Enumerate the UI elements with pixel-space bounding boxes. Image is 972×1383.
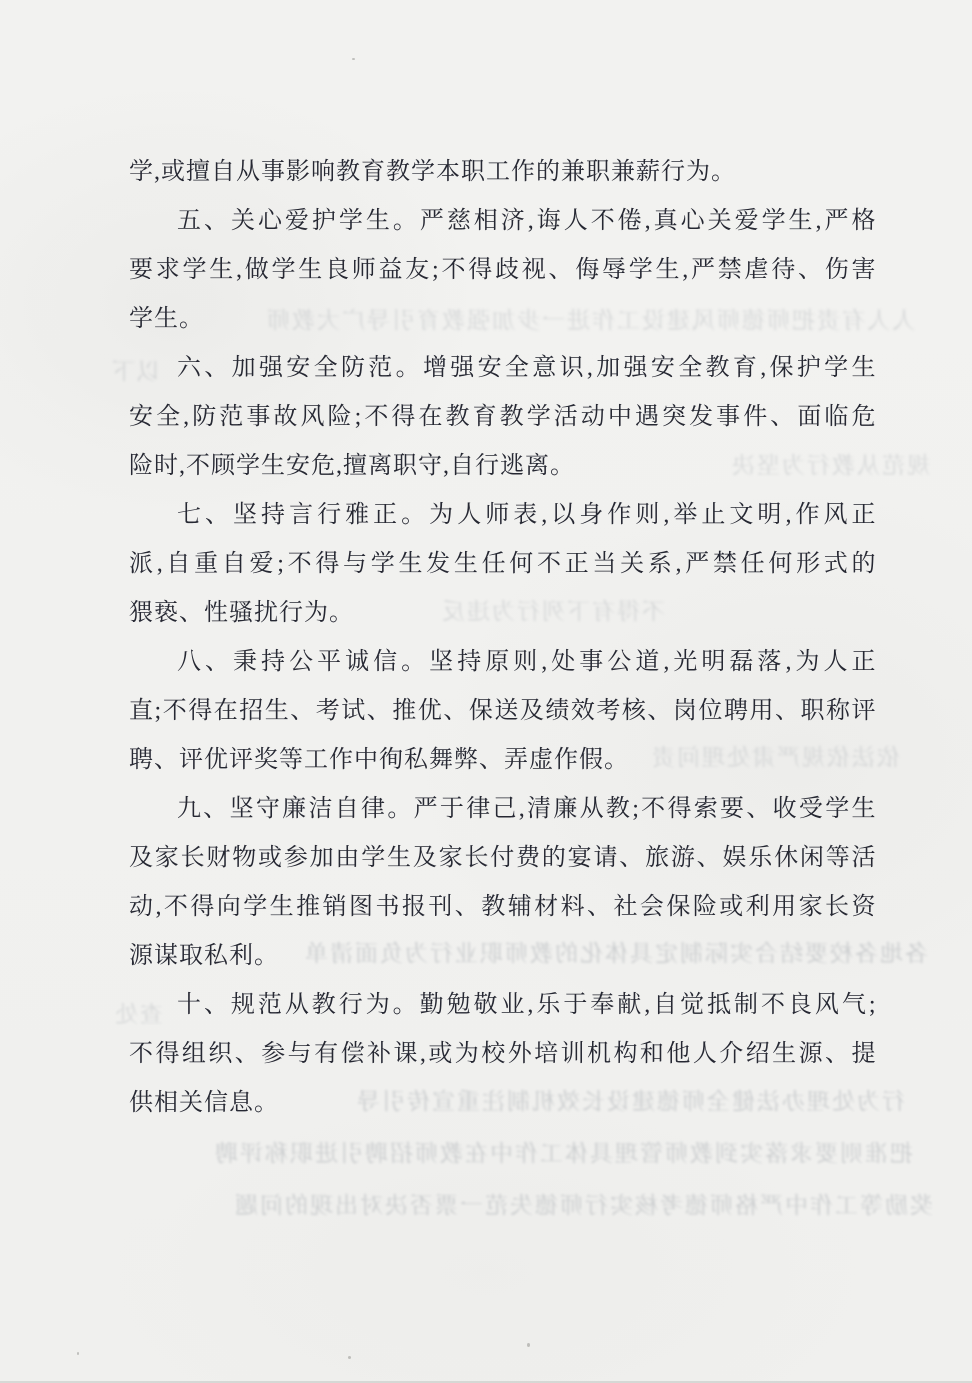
text-line: 九、坚守廉洁自律。严于律己,清廉从教;不得索要、收受学生 xyxy=(129,785,876,834)
scan-speck xyxy=(77,1352,79,1355)
text-line: 及家长财物或参加由学生及家长付费的宴请、旅游、娱乐休闲等活 xyxy=(129,834,876,883)
scanned-document-page: 学,或擅自从事影响教育教学本职工作的兼职兼薪行为。 五、关心爱护学生。严慈相济,… xyxy=(0,0,972,1383)
text-line: 派,自重自爱;不得与学生发生任何不正当关系,严禁任何形式的 xyxy=(129,540,876,589)
text-line: 供相关信息。 xyxy=(129,1079,876,1128)
text-line: 要求学生,做学生良师益友;不得歧视、侮辱学生,严禁虐待、伤害 xyxy=(129,246,876,295)
document-body-text: 学,或擅自从事影响教育教学本职工作的兼职兼薪行为。 五、关心爱护学生。严慈相济,… xyxy=(129,148,876,1128)
text-line: 学生。 xyxy=(129,295,876,344)
text-line: 七、坚持言行雅正。为人师表,以身作则,举止文明,作风正 xyxy=(129,491,876,540)
text-line: 直;不得在招生、考试、推优、保送及绩效考核、岗位聘用、职称评 xyxy=(129,687,876,736)
text-line: 不得组织、参与有偿补课,或为校外培训机构和他人介绍生源、提 xyxy=(129,1030,876,1079)
text-line: 聘、评优评奖等工作中徇私舞弊、弄虚作假。 xyxy=(129,736,876,785)
text-line: 八、秉持公平诚信。坚持原则,处事公道,光明磊落,为人正 xyxy=(129,638,876,687)
scan-speck xyxy=(352,58,355,60)
bleedthrough-line: 奖励等工作中严格师德考核实行师德失范一票否决对出现的问题 xyxy=(128,1188,933,1224)
text-line: 源谋取私利。 xyxy=(129,932,876,981)
text-line: 五、关心爱护学生。严慈相济,诲人不倦,真心关爱学生,严格 xyxy=(129,197,876,246)
text-line: 安全,防范事故风险;不得在教育教学活动中遇突发事件、面临危 xyxy=(129,393,876,442)
bleedthrough-line: 把准则要求落实到教师管理具体工作中在教师招聘引进职称评聘 xyxy=(128,1136,913,1172)
scan-speck xyxy=(527,1343,530,1347)
text-line: 六、加强安全防范。增强安全意识,加强安全教育,保护学生 xyxy=(129,344,876,393)
text-line: 猥亵、性骚扰行为。 xyxy=(129,589,876,638)
text-line: 动,不得向学生推销图书报刊、教辅材料、社会保险或利用家长资 xyxy=(129,883,876,932)
text-line: 险时,不顾学生安危,擅离职守,自行逃离。 xyxy=(129,442,876,491)
text-line: 学,或擅自从事影响教育教学本职工作的兼职兼薪行为。 xyxy=(129,148,876,197)
scan-speck xyxy=(348,1356,351,1359)
text-line: 十、规范从教行为。勤勉敬业,乐于奉献,自觉抵制不良风气; xyxy=(129,981,876,1030)
